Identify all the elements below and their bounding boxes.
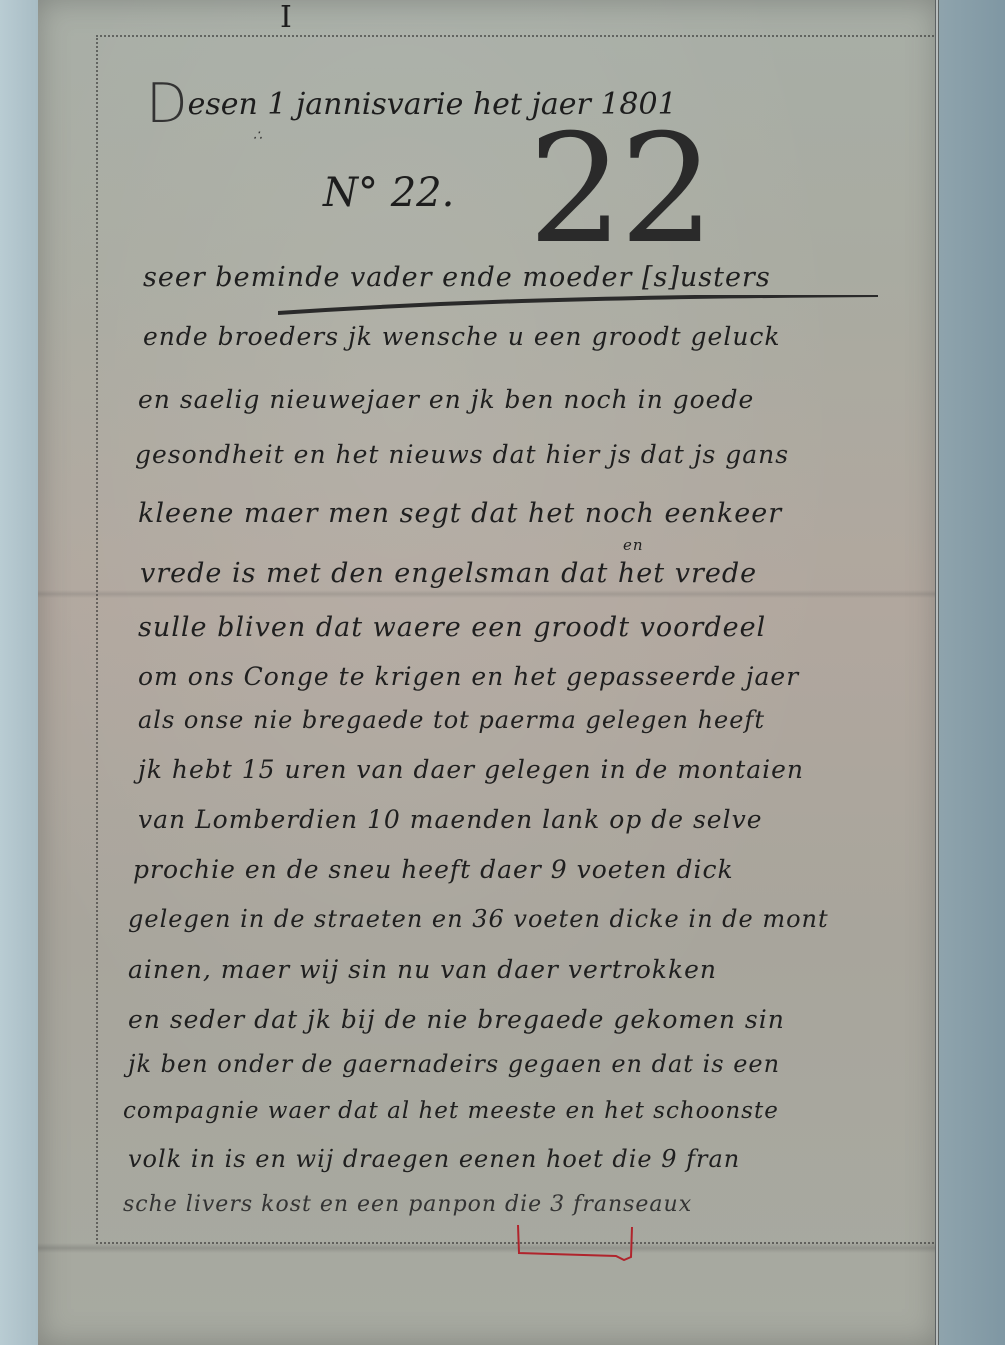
pencil-strike-stroke — [278, 295, 878, 315]
letter-line-11: van Lomberdien 10 maenden lank op de sel… — [138, 805, 763, 834]
letter-number-ink: N° 22. — [323, 170, 454, 216]
letter-line-2: ende broeders jk wensche u een groodt ge… — [143, 322, 781, 351]
letter-line-15: en seder dat jk bij de nie bregaede geko… — [128, 1005, 785, 1034]
letter-line-4: gesondheit en het nieuws dat hier js dat… — [135, 440, 789, 469]
decorated-initial: D — [146, 72, 188, 135]
letter-line-13: gelegen in de straeten en 36 voeten dick… — [128, 905, 829, 933]
letter-line-14: ainen, maer wij sin nu van daer vertrokk… — [128, 955, 717, 984]
photo-backdrop-left — [0, 0, 38, 1345]
insertion-en-1: en — [623, 536, 644, 554]
letter-line-1: seer beminde vader ende moeder [s]usters — [143, 262, 771, 293]
letter-line-10: jk hebt 15 uren van daer gelegen in de m… — [138, 755, 804, 784]
letter-line-3: en saelig nieuwejaer en jk ben noch in g… — [138, 385, 754, 414]
letter-line-12: prochie en de sneu heeft daer 9 voeten d… — [133, 855, 734, 884]
ornament-mark: ∴ — [253, 128, 262, 144]
photo-backdrop-right — [937, 0, 1005, 1345]
letter-sheet: I Desen 1 jannisvarie het jaer 1801 ∴ N°… — [38, 0, 938, 1345]
red-bracket-mark — [516, 1223, 634, 1261]
top-mark: I — [280, 0, 292, 35]
letter-body: I Desen 1 jannisvarie het jaer 1801 ∴ N°… — [38, 0, 938, 1345]
letter-number-pencil: 22 — [528, 115, 711, 265]
letter-line-18: volk in is en wij draegen eenen hoet die… — [128, 1145, 740, 1173]
letter-line-16: jk ben onder de gaernadeirs gegaen en da… — [128, 1050, 780, 1078]
letter-line-9: als onse nie bregaede tot paerma gelegen… — [138, 706, 765, 734]
letter-line-17: compagnie waer dat al het meeste en het … — [123, 1098, 779, 1124]
letter-line-7: sulle bliven dat waere een groodt voorde… — [138, 612, 766, 643]
letter-line-8: om ons Conge te krigen en het gepasseerd… — [138, 662, 799, 691]
sheet-edge — [935, 0, 939, 1345]
letter-line-5: kleene maer men segt dat het noch eenkee… — [138, 498, 782, 529]
letter-line-6: vrede is met den engelsman dat het vrede — [140, 558, 757, 589]
letter-line-19: sche livers kost en een panpon die 3 fra… — [123, 1192, 692, 1217]
